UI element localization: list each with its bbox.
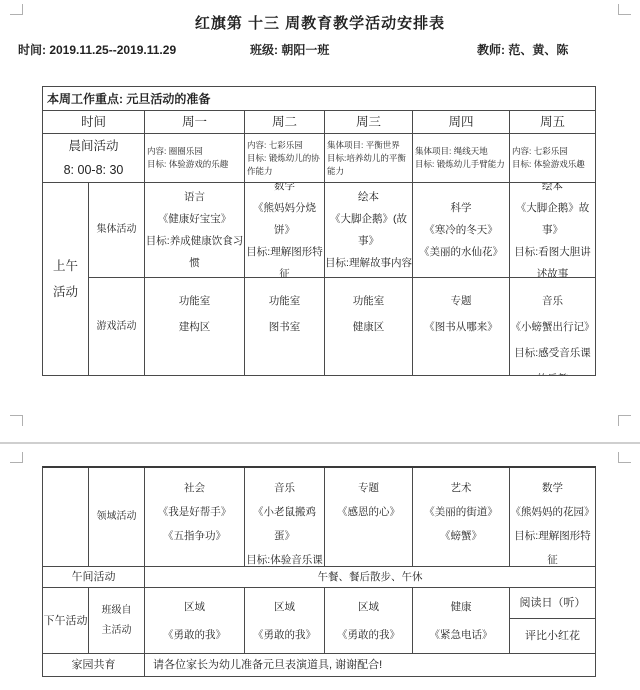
meta-time: 时间: 2019.11.25--2019.11.29 bbox=[18, 41, 176, 58]
domain-thursday-cell: 艺术 《美丽的街道》 《螃蟹》 bbox=[413, 468, 510, 567]
morning-activity-label: 晨间活动 8: 00-8: 30 bbox=[43, 134, 145, 183]
morning-tuesday-cell: 内容: 七彩乐园 目标: 锻炼幼儿的协作能力 bbox=[245, 134, 325, 183]
pm-thursday-cell: 健康 《紧急电话》 bbox=[413, 588, 510, 654]
page2-top-right-crop-mark bbox=[618, 452, 631, 463]
weekly-focus-cell: 本周工作重点: 元旦活动的准备 bbox=[43, 87, 596, 111]
page1-bottom-right-crop-mark bbox=[618, 415, 631, 426]
morning-thursday-cell: 集体项目: 绳线天地 目标: 锻炼幼儿手臂能力 bbox=[413, 134, 510, 183]
game-friday-cell: 音乐 《小螃蟹出行记》 目标:感受音乐课的乐趣 bbox=[510, 278, 596, 376]
noon-activity-content: 午餐、餐后散步、午休 bbox=[145, 567, 596, 588]
pm-monday-cell: 区域 《勇敢的我》 bbox=[145, 588, 245, 654]
collective-wednesday-cell: 绘本 《大脚企鹅》(故事》 目标:理解故事内容 bbox=[325, 183, 413, 278]
collective-thursday-cell: 科学 《寒冷的冬天》 《美丽的水仙花》 bbox=[413, 183, 510, 278]
am-activity-label: 上午 活动 bbox=[43, 183, 89, 376]
header-wednesday: 周三 bbox=[325, 111, 413, 134]
pm-tuesday-cell: 区域 《勇敢的我》 bbox=[245, 588, 325, 654]
home-school-content: 请各位家长为幼儿准备元旦表演道具, 谢谢配合! bbox=[145, 654, 596, 677]
game-tuesday-cell: 功能室 图书室 bbox=[245, 278, 325, 376]
game-monday-cell: 功能室 建构区 bbox=[145, 278, 245, 376]
page-break-line bbox=[0, 442, 640, 444]
collective-friday-cell: 绘本 《大脚企鹅》故事》 目标:看图大胆讲述故事 bbox=[510, 183, 596, 278]
domain-friday-cell: 数学 《熊妈妈的花园》 目标:理解图形特征 bbox=[510, 468, 596, 567]
schedule-table-page2: 领域活动 社会 《我是好帮手》 《五指争功》 音乐 《小老鼠搬鸡蛋》 目标:体验… bbox=[42, 466, 596, 677]
header-friday: 周五 bbox=[510, 111, 596, 134]
collective-tuesday-cell: 数学 《熊妈妈分烧饼》 目标:理解图形特征 bbox=[245, 183, 325, 278]
morning-wednesday-cell: 集体项目: 平衡世界 目标:培养幼儿的平衡能力 bbox=[325, 134, 413, 183]
page-title: 红旗第 十三 周教育教学活动安排表 bbox=[0, 12, 640, 33]
domain-activity-label: 领域活动 bbox=[89, 468, 145, 567]
page1-bottom-left-crop-mark bbox=[10, 415, 23, 426]
domain-wednesday-cell: 专题 《感恩的心》 bbox=[325, 468, 413, 567]
pm-friday-bottom-cell: 评比小红花 bbox=[510, 619, 596, 654]
header-tuesday: 周二 bbox=[245, 111, 325, 134]
domain-tuesday-cell: 音乐 《小老鼠搬鸡蛋》 目标:体验音乐课的乐趣 bbox=[245, 468, 325, 567]
meta-class: 班级: 朝阳一班 bbox=[250, 41, 329, 58]
home-school-label: 家园共育 bbox=[43, 654, 145, 677]
pm-wednesday-cell: 区域 《勇敢的我》 bbox=[325, 588, 413, 654]
class-self-activity-label: 班级自 主活动 bbox=[89, 588, 145, 654]
game-thursday-cell: 专题 《图书从哪来》 bbox=[413, 278, 510, 376]
game-activity-label: 游戏活动 bbox=[89, 278, 145, 376]
schedule-table-page1: 本周工作重点: 元旦活动的准备 时间 周一 周二 周三 周四 周五 晨间活动 8… bbox=[42, 86, 596, 376]
game-wednesday-cell: 功能室 健康区 bbox=[325, 278, 413, 376]
collective-activity-label: 集体活动 bbox=[89, 183, 145, 278]
domain-row-empty-cell bbox=[43, 468, 89, 567]
collective-monday-cell: 语言 《健康好宝宝》 目标:养成健康饮食习惯 bbox=[145, 183, 245, 278]
domain-monday-cell: 社会 《我是好帮手》 《五指争功》 bbox=[145, 468, 245, 567]
document-page: 红旗第 十三 周教育教学活动安排表 时间: 2019.11.25--2019.1… bbox=[0, 0, 640, 690]
pm-activity-label: 下午活动 bbox=[43, 588, 89, 654]
header-monday: 周一 bbox=[145, 111, 245, 134]
header-thursday: 周四 bbox=[413, 111, 510, 134]
morning-friday-cell: 内容: 七彩乐园 目标: 体验游戏乐趣 bbox=[510, 134, 596, 183]
meta-teachers: 教师: 范、黄、陈 bbox=[477, 41, 568, 58]
header-time: 时间 bbox=[43, 111, 145, 134]
pm-friday-top-cell: 阅读日（听） bbox=[510, 588, 596, 619]
page2-top-left-crop-mark bbox=[10, 452, 23, 463]
noon-activity-label: 午间活动 bbox=[43, 567, 145, 588]
morning-monday-cell: 内容: 圈圈乐园 目标: 体验游戏的乐趣 bbox=[145, 134, 245, 183]
